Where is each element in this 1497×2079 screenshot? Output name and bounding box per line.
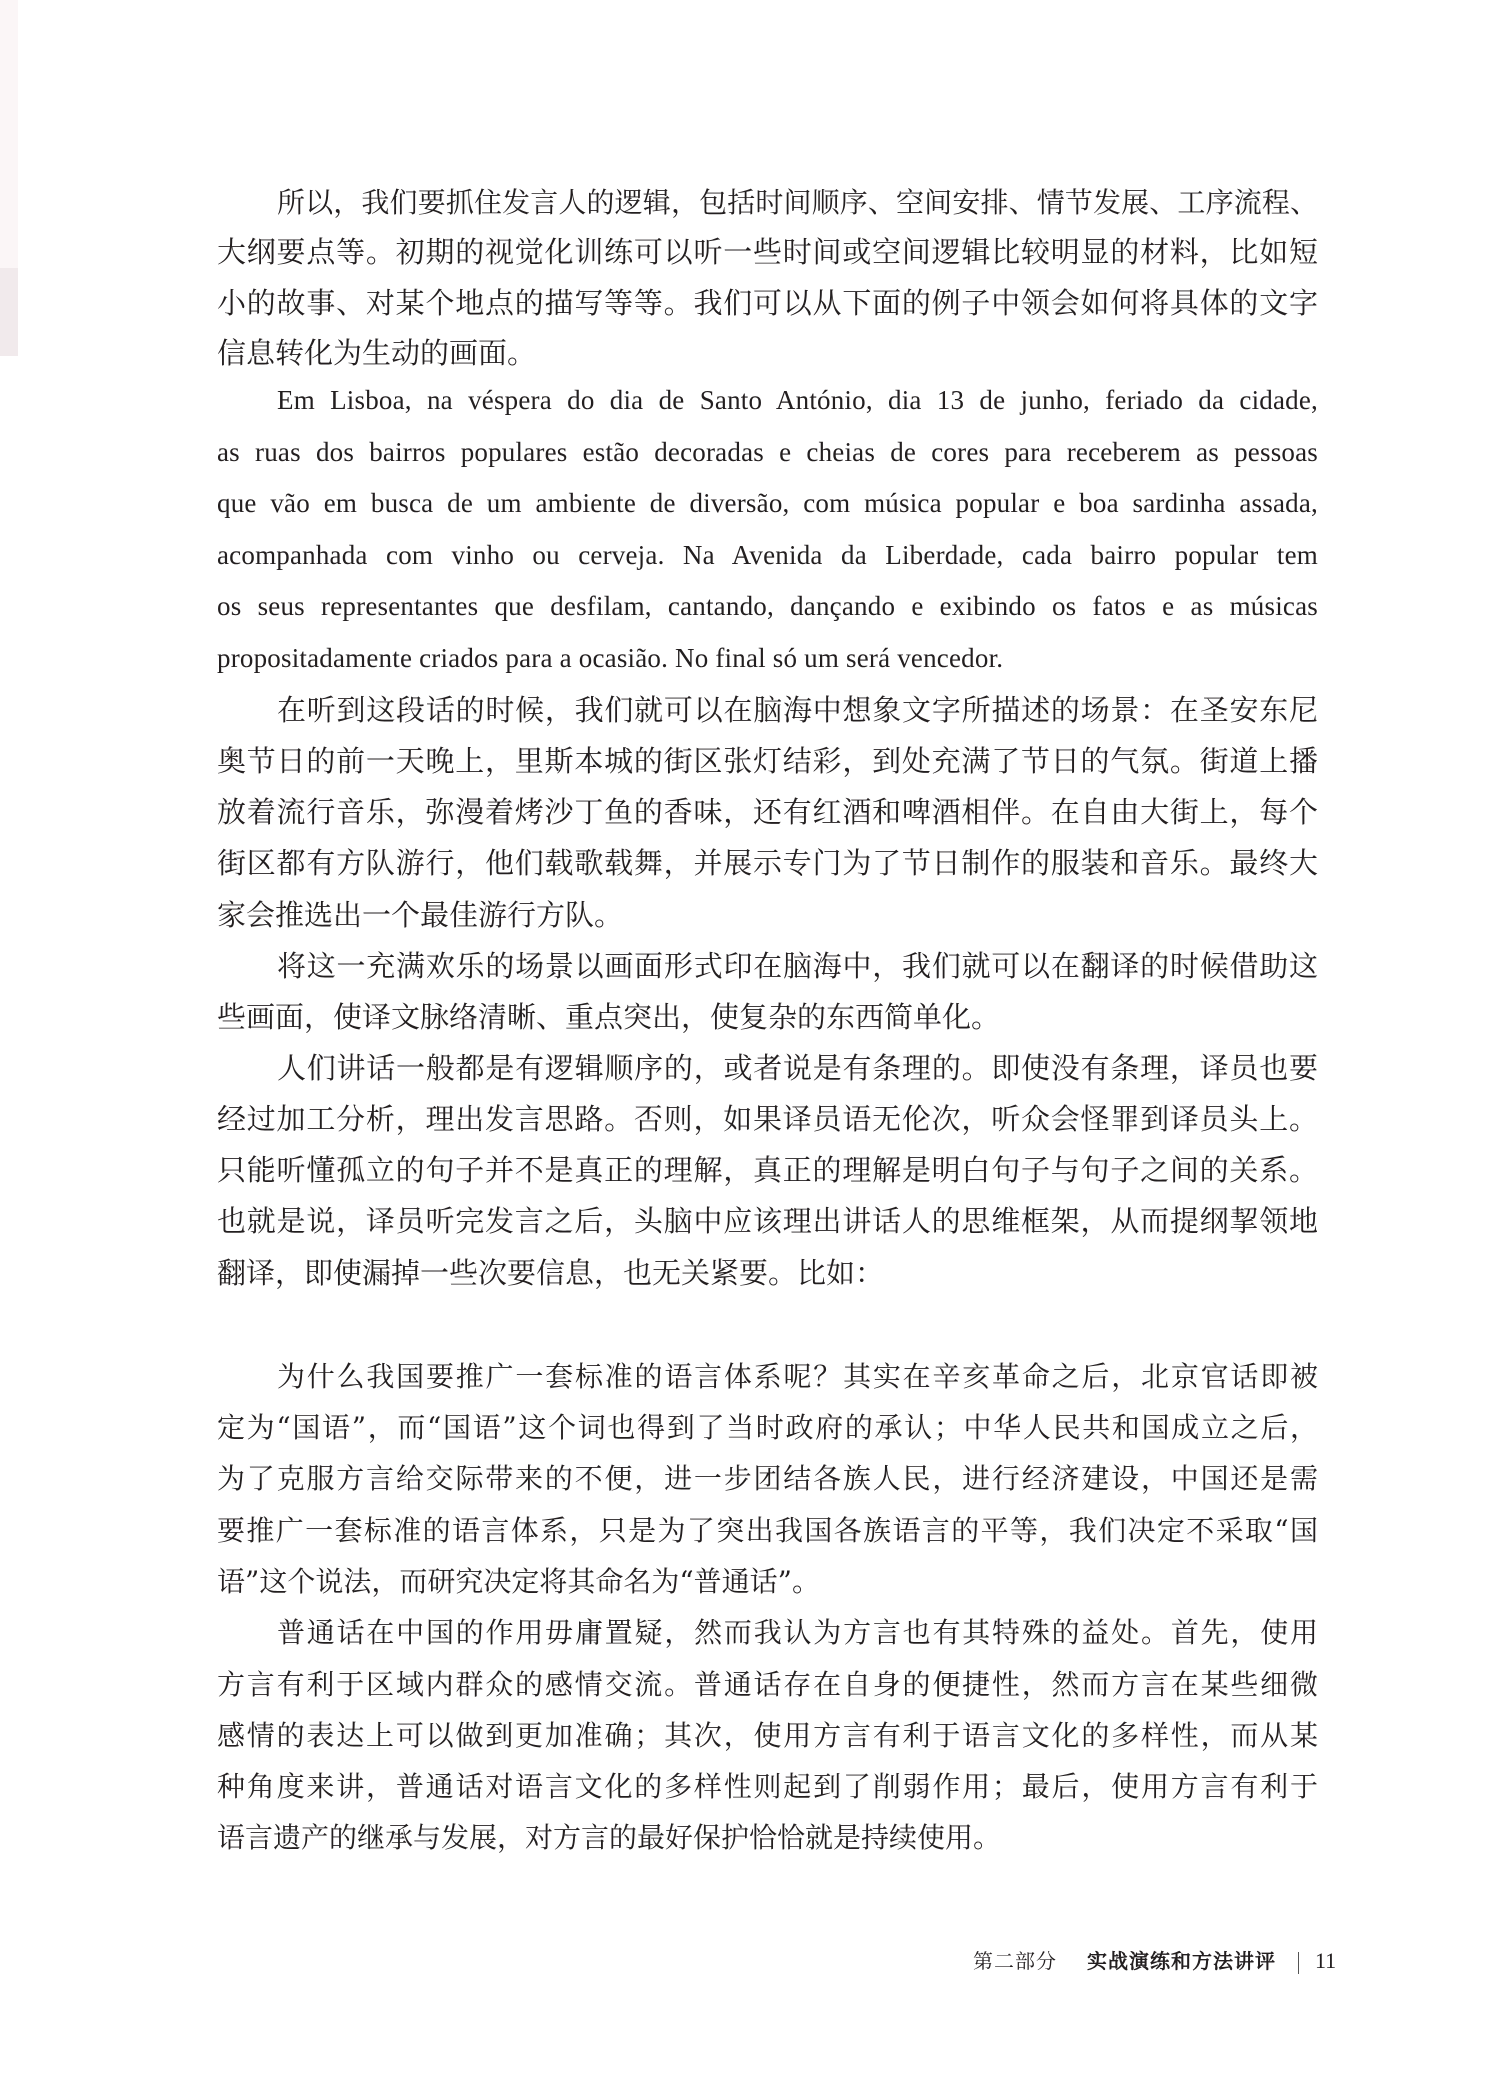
text-line: 定为“国语”，而“国语”这个词也得到了当时政府的承认；中华人民共和国成立之后， [217, 1408, 1318, 1448]
text-line: os seus representantes que desfilam, can… [217, 586, 1318, 626]
text-line: 种角度来讲，普通话对语言文化的多样性则起到了削弱作用；最后，使用方言有利于 [217, 1767, 1318, 1807]
text-line: 为了克服方言给交际带来的不便，进一步团结各族人民，进行经济建设，中国还是需 [217, 1459, 1318, 1499]
footer-section-title: 实战演练和方法讲评 [1087, 1949, 1276, 1973]
text-line: 将这一充满欢乐的场景以画面形式印在脑海中，我们就可以在翻译的时候借助这 [277, 946, 1318, 986]
footer-divider [1298, 1952, 1299, 1974]
text-line: Em Lisboa, na véspera do dia de Santo An… [277, 380, 1318, 420]
page-edge-strip [0, 0, 18, 268]
page-number: 11 [1315, 1948, 1336, 1973]
text-line: 放着流行音乐，弥漫着烤沙丁鱼的香味，还有红酒和啤酒相伴。在自由大街上，每个 [217, 792, 1318, 832]
footer-part-label: 第二部分 [973, 1949, 1057, 1973]
text-line: 些画面，使译文脉络清晰、重点突出，使复杂的东西简单化。 [217, 997, 1318, 1037]
text-line: 家会推选出一个最佳游行方队。 [217, 895, 1318, 935]
page-footer: 第二部分实战演练和方法讲评11 [973, 1946, 1336, 1976]
text-line: 奥节日的前一天晚上，里斯本城的街区张灯结彩，到处充满了节日的气氛。街道上播 [217, 741, 1318, 781]
text-line: 语”这个说法，而研究决定将其命名为“普通话”。 [217, 1562, 1318, 1602]
text-line: 街区都有方队游行，他们载歌载舞，并展示专门为了节日制作的服装和音乐。最终大 [217, 843, 1318, 883]
text-line: 经过加工分析，理出发言思路。否则，如果译员语无伦次，听众会怪罪到译员头上。 [217, 1099, 1318, 1139]
text-line: 为什么我国要推广一套标准的语言体系呢？其实在辛亥革命之后，北京官话即被 [277, 1357, 1318, 1397]
text-line: que vão em busca de um ambiente de diver… [217, 483, 1318, 523]
text-line: propositadamente criados para a ocasião.… [217, 638, 1318, 678]
text-line: 信息转化为生动的画面。 [217, 333, 1318, 373]
page-edge-tab [0, 268, 18, 356]
text-line: acompanhada com vinho ou cerveja. Na Ave… [217, 535, 1318, 575]
text-line: 大纲要点等。初期的视觉化训练可以听一些时间或空间逻辑比较明显的材料，比如短 [217, 232, 1318, 272]
text-line: as ruas dos bairros populares estão deco… [217, 432, 1318, 472]
text-line: 所以，我们要抓住发言人的逻辑，包括时间顺序、空间安排、情节发展、工序流程、 [277, 183, 1318, 223]
text-line: 人们讲话一般都是有逻辑顺序的，或者说是有条理的。即使没有条理，译员也要 [277, 1048, 1318, 1088]
text-line: 普通话在中国的作用毋庸置疑，然而我认为方言也有其特殊的益处。首先，使用 [277, 1613, 1318, 1653]
text-line: 小的故事、对某个地点的描写等等。我们可以从下面的例子中领会如何将具体的文字 [217, 283, 1318, 323]
text-line: 在听到这段话的时候，我们就可以在脑海中想象文字所描述的场景：在圣安东尼 [277, 690, 1318, 730]
text-line: 只能听懂孤立的句子并不是真正的理解，真正的理解是明白句子与句子之间的关系。 [217, 1150, 1318, 1190]
text-line: 要推广一套标准的语言体系，只是为了突出我国各族语言的平等，我们决定不采取“国 [217, 1511, 1318, 1551]
text-line: 翻译，即使漏掉一些次要信息，也无关紧要。比如： [217, 1253, 1318, 1293]
text-line: 语言遗产的继承与发展，对方言的最好保护恰恰就是持续使用。 [217, 1818, 1318, 1858]
text-line: 方言有利于区域内群众的感情交流。普通话存在自身的便捷性，然而方言在某些细微 [217, 1665, 1318, 1705]
text-line: 也就是说，译员听完发言之后，头脑中应该理出讲话人的思维框架，从而提纲挈领地 [217, 1201, 1318, 1241]
text-line: 感情的表达上可以做到更加准确；其次，使用方言有利于语言文化的多样性，而从某 [217, 1716, 1318, 1756]
